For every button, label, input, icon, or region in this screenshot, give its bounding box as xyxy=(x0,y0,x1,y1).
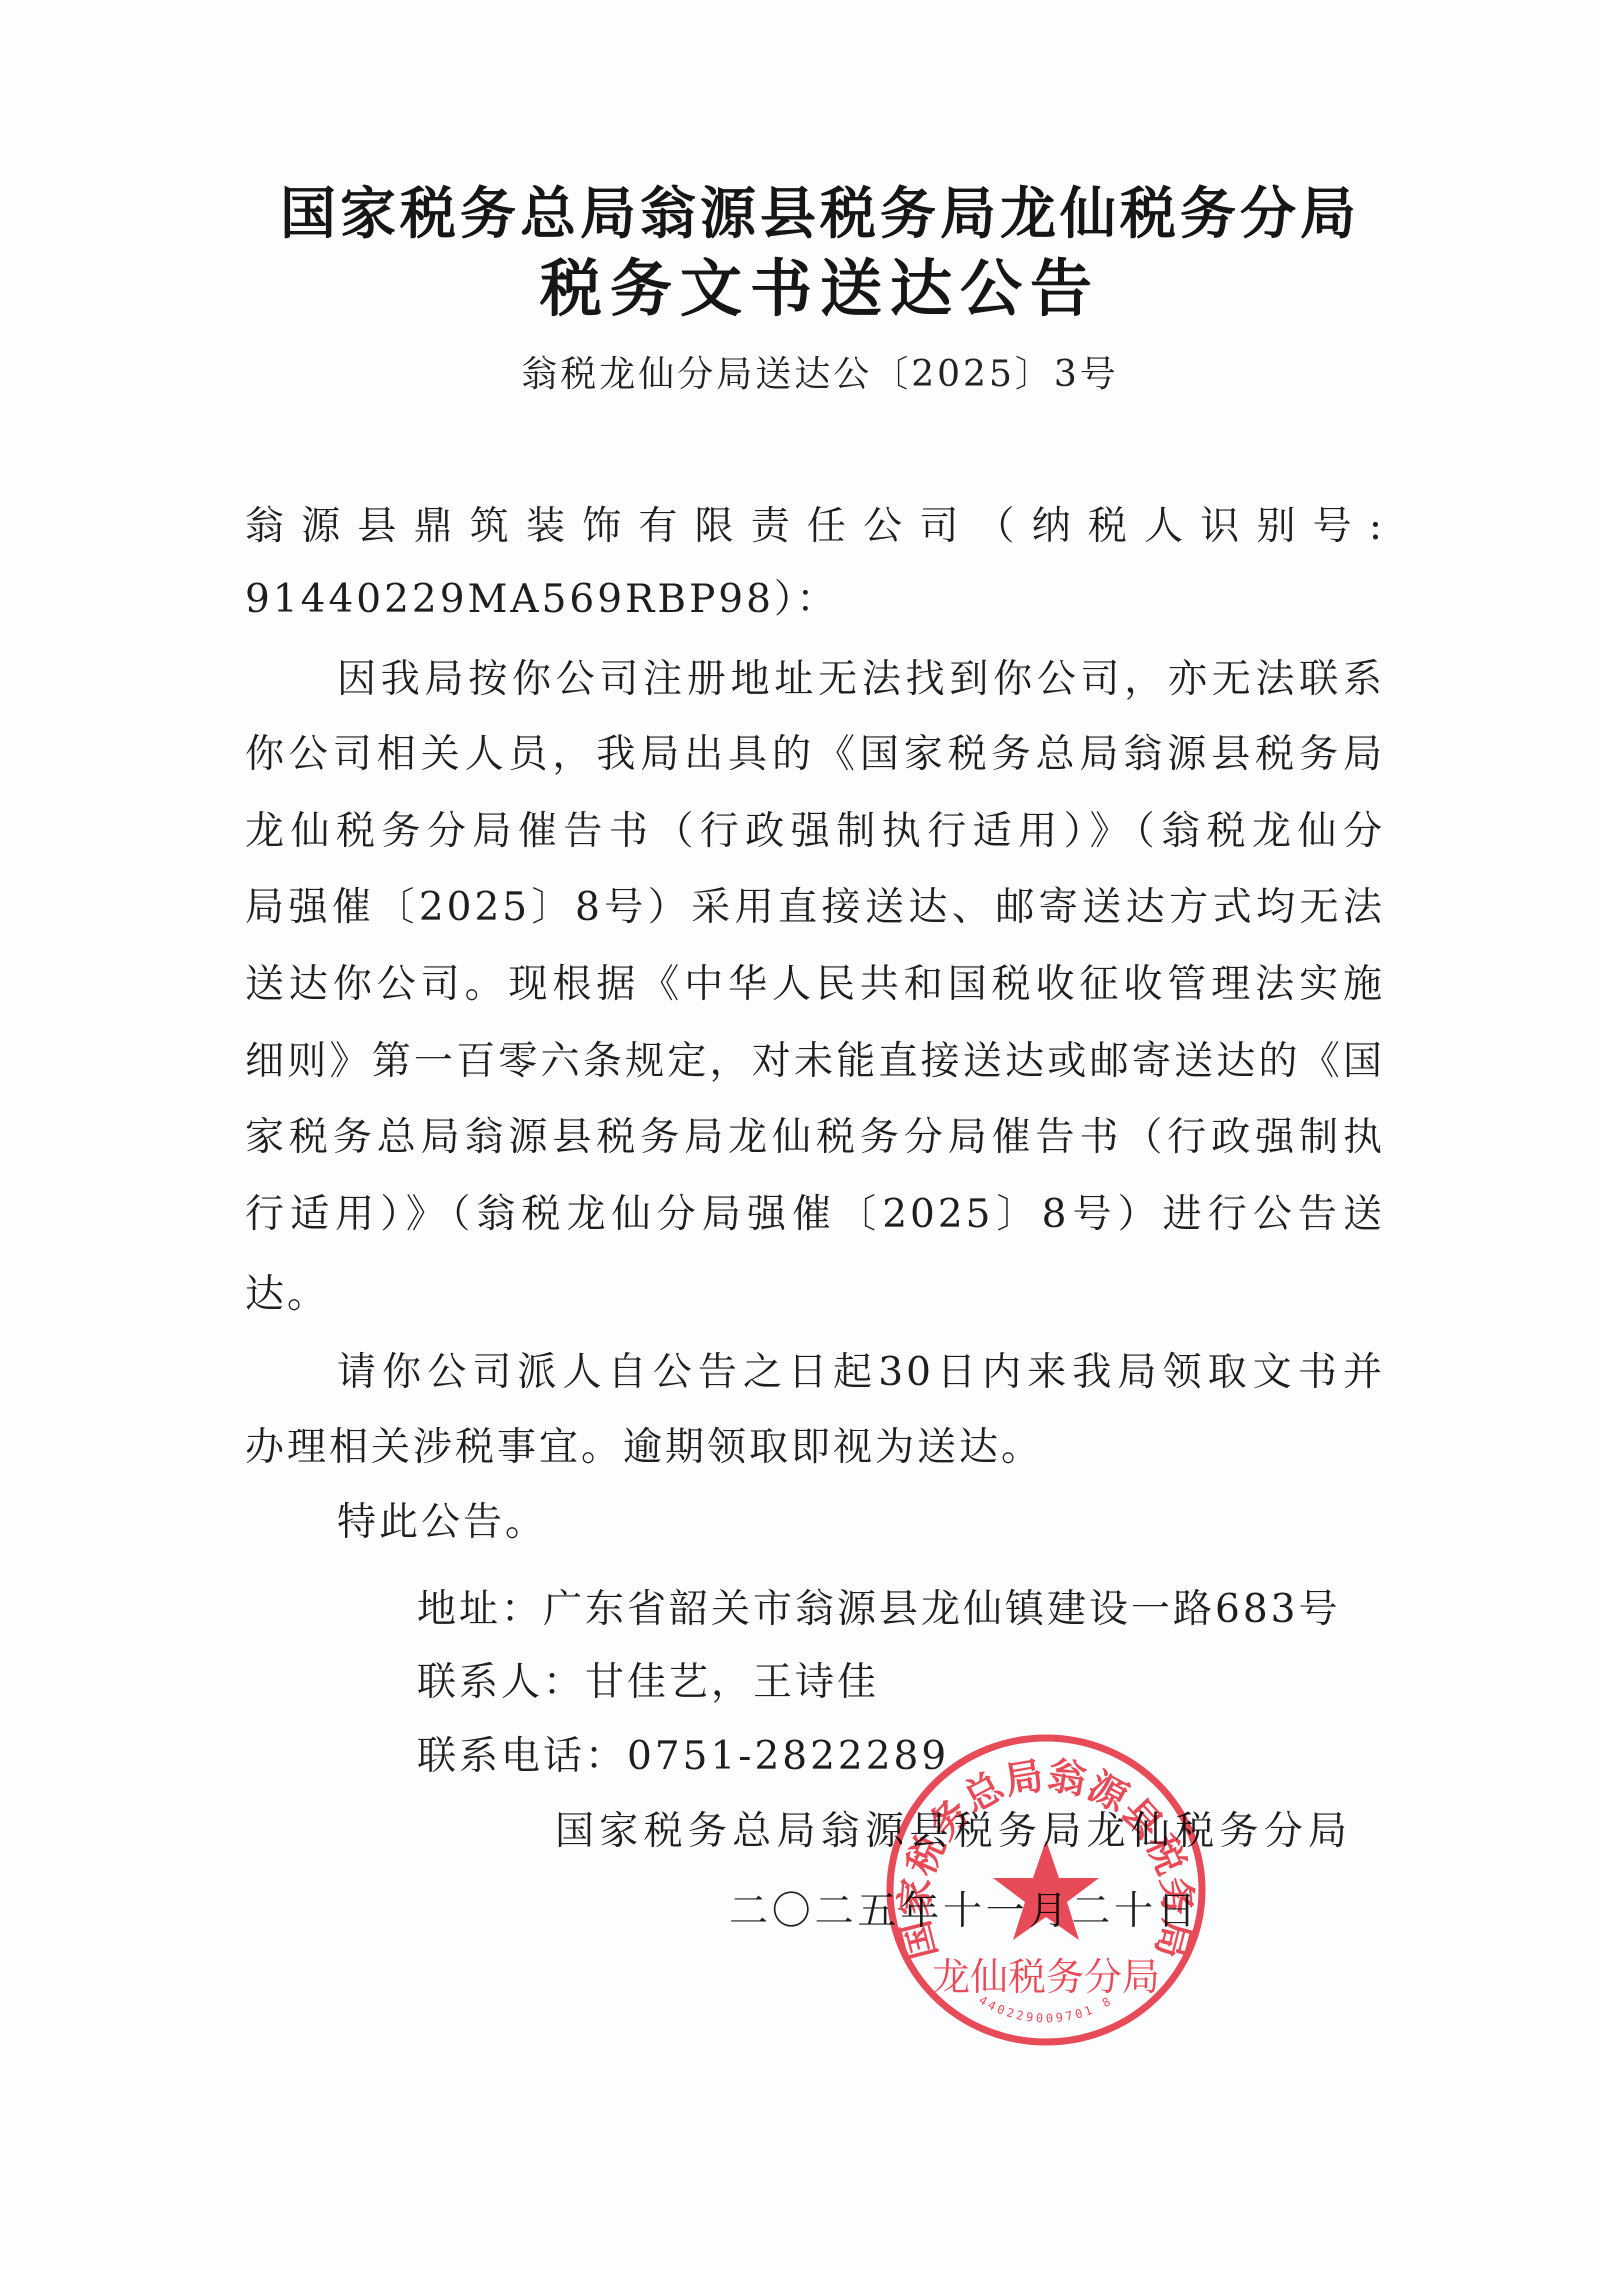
body-line: 送达你公司。现根据《中华人民共和国税收征收管理法实施 xyxy=(245,961,1385,1009)
document-number: 翁税龙仙分局送达公〔2025〕3号 xyxy=(480,352,1160,398)
body-line: 你公司相关人员，我局出具的《国家税务总局翁源县税务局 xyxy=(245,731,1385,779)
document-page: 国家税务总局翁源县税务局龙仙税务分局 税务文书送达公告 翁税龙仙分局送达公〔20… xyxy=(0,0,1600,2270)
recipient-line-2: 91440229MA569RBP98）： xyxy=(245,576,1385,624)
address-label: 地址： xyxy=(417,1587,543,1632)
contact-phone-line: 联系电话：0751-2822289 xyxy=(417,1733,949,1781)
body-line: 局强催〔2025〕8号）采用直接送达、邮寄送达方式均无法 xyxy=(245,884,1385,932)
body-line: 细则》第一百零六条规定，对未能直接送达或邮寄送达的《国 xyxy=(245,1038,1385,1086)
body-line: 家税务总局翁源县税务局龙仙税务分局催告书（行政强制执 xyxy=(245,1114,1385,1162)
body-line: 达。 xyxy=(245,1271,1385,1319)
issuer-title: 国家税务总局翁源县税务局龙仙税务分局 xyxy=(260,182,1380,248)
contact-phone-label: 联系电话： xyxy=(417,1734,627,1779)
seal-center-text: 龙仙税务分局 xyxy=(932,1955,1160,1999)
official-seal-icon: 国家税务总局翁源县税务局 龙仙税务分局 440229009701 8 xyxy=(884,1732,1208,2048)
body-line: 行适用）》（翁税龙仙分局强催〔2025〕8号）进行公告送 xyxy=(245,1191,1385,1239)
contact-person-line: 联系人：甘佳艺，王诗佳 xyxy=(417,1659,879,1707)
notice-title: 税务文书送达公告 xyxy=(500,252,1140,326)
contact-person-label: 联系人： xyxy=(417,1660,585,1705)
address-line: 地址：广东省韶关市翁源县龙仙镇建设一路683号 xyxy=(417,1586,1340,1634)
body-line: 因我局按你公司注册地址无法找到你公司，亦无法联系 xyxy=(337,656,1385,704)
body-line: 龙仙税务分局催告书（行政强制执行适用）》（翁税龙仙分 xyxy=(245,808,1385,856)
recipient-line-1: 翁源县鼎筑装饰有限责任公司（纳税人识别号: xyxy=(245,503,1385,551)
contact-person-value: 甘佳艺，王诗佳 xyxy=(585,1660,879,1705)
closing-text: 特此公告。 xyxy=(337,1499,547,1547)
body-line: 请你公司派人自公告之日起30日内来我局领取文书并 xyxy=(337,1349,1385,1397)
body-line: 办理相关涉税事宜。逾期领取即视为送达。 xyxy=(245,1424,1385,1472)
address-value: 广东省韶关市翁源县龙仙镇建设一路683号 xyxy=(543,1587,1340,1632)
